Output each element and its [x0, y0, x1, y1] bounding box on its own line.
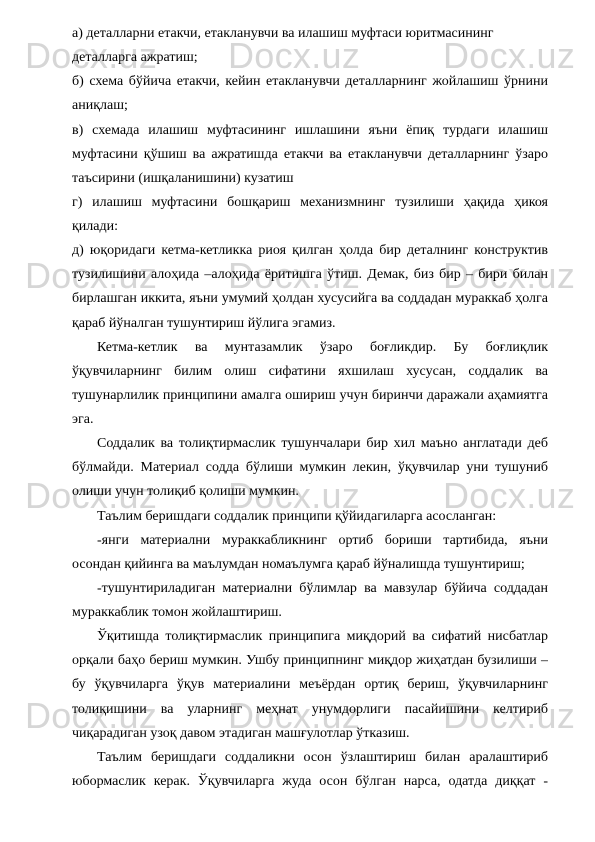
paragraph: Кетма-кетлик ва мунтазамлик ўзаро боғлик…	[72, 336, 548, 433]
document-body: а) деталларни етакчи, етакланувчи ва ила…	[72, 22, 548, 794]
paragraph: г) илашиш муфтасини бошқариш механизмнин…	[72, 191, 548, 239]
paragraph: -тушунтириладиган материални бўлимлар ва…	[72, 577, 548, 625]
paragraph: Ўқитишда толиқтирмаслик принципига миқдо…	[72, 625, 548, 746]
text-line: бирлашган иккита, яъни умумий ҳолдан хус…	[72, 287, 548, 311]
text-line: осондан қийинга ва маълумдан номаълумга …	[72, 553, 548, 577]
paragraph: в) схемада илашиш муфтасининг ишлашини я…	[72, 119, 548, 191]
text-line: Таълим беришдаги соддалик принципи қўйид…	[72, 505, 548, 529]
text-line: таъсирини (ишқаланишини) кузатиш	[72, 167, 548, 191]
text-line: -янги материални мураккабликнинг ортиб б…	[72, 529, 548, 553]
text-line: Соддалик ва толиқтирмаслик тушунчалари б…	[72, 432, 548, 456]
text-line: деталларга ажратиш;	[72, 46, 548, 70]
text-line: қилади:	[72, 215, 548, 239]
paragraph: -янги материални мураккабликнинг ортиб б…	[72, 529, 548, 577]
text-line: а) деталларни етакчи, етакланувчи ва ила…	[72, 22, 548, 46]
text-line: орқали баҳо бериш мумкин. Ушбу принципни…	[72, 649, 548, 673]
text-line: чиқарадиган узоқ давом этадиган машғулот…	[72, 722, 548, 746]
paragraph: Таълим беришдаги соддаликни осон ўзлашти…	[72, 746, 548, 794]
text-line: муфтасини қўшиш ва ажратишда етакчи ва е…	[72, 143, 548, 167]
text-line: бу ўқувчиларга ўқув материалини меъёрдан…	[72, 673, 548, 697]
document-page: { "page": { "background_color": "#ffffff…	[0, 0, 595, 842]
text-line: олиши учун толиқиб қолиши мумкин.	[72, 480, 548, 504]
text-line: бўлмайди. Материал содда бўлиши мумкин л…	[72, 456, 548, 480]
text-line: в) схемада илашиш муфтасининг ишлашини я…	[72, 119, 548, 143]
text-line: Кетма-кетлик ва мунтазамлик ўзаро боғлик…	[72, 336, 548, 360]
text-line: Таълим беришдаги соддаликни осон ўзлашти…	[72, 746, 548, 770]
text-line: тузилишини алоҳида –алоҳида ёритишга ўти…	[72, 263, 548, 287]
text-line: аниқлаш;	[72, 94, 548, 118]
paragraph: б) схема бўйича етакчи, кейин етакланувч…	[72, 70, 548, 118]
text-line: қараб йўналган тушунтириш йўлига эгамиз.	[72, 312, 548, 336]
text-line: эга.	[72, 408, 548, 432]
text-line: г) илашиш муфтасини бошқариш механизмнин…	[72, 191, 548, 215]
text-line: тушунарлилик принципини амалга ошириш уч…	[72, 384, 548, 408]
paragraph: Таълим беришдаги соддалик принципи қўйид…	[72, 505, 548, 529]
text-line: толиқишини ва уларнинг меҳнат унумдорлиг…	[72, 698, 548, 722]
text-line: ўқувчиларнинг билим олиш сифатини яхшила…	[72, 360, 548, 384]
text-line: д) юқоридаги кетма-кетликка риоя қилган …	[72, 239, 548, 263]
text-line: юбормаслик керак. Ўқувчиларга жуда осон …	[72, 770, 548, 794]
paragraph: д) юқоридаги кетма-кетликка риоя қилган …	[72, 239, 548, 336]
paragraph: а) деталларни етакчи, етакланувчи ва ила…	[72, 22, 548, 70]
paragraph: Соддалик ва толиқтирмаслик тушунчалари б…	[72, 432, 548, 504]
text-line: б) схема бўйича етакчи, кейин етакланувч…	[72, 70, 548, 94]
page: Docx.uzDocx.uzDocx.uzDocx.uzDocx.uzDocx.…	[0, 0, 595, 842]
text-line: -тушунтириладиган материални бўлимлар ва…	[72, 577, 548, 601]
text-line: мураккаблик томон жойлаштириш.	[72, 601, 548, 625]
text-line: Ўқитишда толиқтирмаслик принципига миқдо…	[72, 625, 548, 649]
